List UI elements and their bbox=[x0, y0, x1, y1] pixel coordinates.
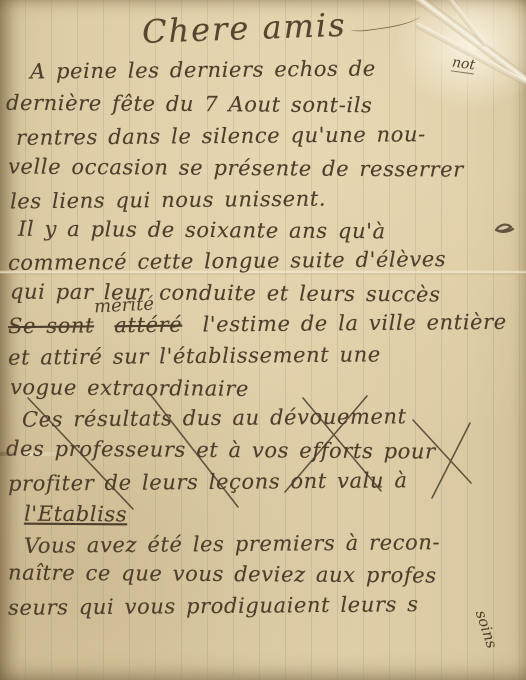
letter-line: Il y a plus de soixante ans qu'à bbox=[18, 217, 386, 244]
letter-line: vogue extraordinaire bbox=[10, 375, 249, 401]
letter-page: Chere amis not A peine les derniers echo… bbox=[0, 0, 526, 680]
struck-word: Se sont bbox=[8, 313, 94, 338]
scribble-crossout bbox=[496, 225, 513, 232]
corner-crease-fold bbox=[425, 0, 487, 47]
letter-line: rentres dans le silence qu'une nou- bbox=[16, 122, 426, 150]
letter-line: qui par leur conduite et leurs succès bbox=[10, 279, 441, 306]
letter-line: velle occasion se présente de resserrer bbox=[8, 154, 464, 181]
letter-line: les liens qui nous unissent. bbox=[10, 187, 326, 214]
letter-line: commencé cette longue suite d'élèves bbox=[8, 247, 446, 275]
letter-line: profiter de leurs leçons ont valu à bbox=[8, 468, 408, 495]
letter-line: A peine les derniers echos de bbox=[30, 56, 376, 83]
letter-line: l'Etabliss bbox=[24, 502, 127, 527]
corner-crease-fold bbox=[414, 22, 526, 88]
struck-word: attéré bbox=[114, 313, 182, 338]
letter-line-corrected: Se sont attéré l'estime de la ville enti… bbox=[8, 310, 507, 338]
letter-line: naître ce que vous deviez aux profes bbox=[8, 561, 437, 588]
letter-line: Vous avez été les premiers à recon- bbox=[24, 530, 440, 558]
letter-line: et attiré sur l'établissement une bbox=[8, 342, 381, 369]
salutation-line: Chere amis bbox=[141, 3, 421, 51]
letter-line: des professeurs et à vos efforts pour bbox=[6, 437, 436, 464]
line-remainder: l'estime de la ville entière bbox=[202, 310, 506, 337]
superscript-insert: not bbox=[451, 54, 476, 74]
letter-line: seurs qui vous prodiguaient leurs s bbox=[8, 592, 419, 620]
letter-line: dernière fête du 7 Aout sont-ils bbox=[6, 91, 373, 118]
vertical-word-soins: soins bbox=[472, 608, 501, 651]
letter-line: Ces résultats dus au dévouement bbox=[22, 404, 407, 431]
correction-above-line: mérité bbox=[93, 293, 154, 317]
